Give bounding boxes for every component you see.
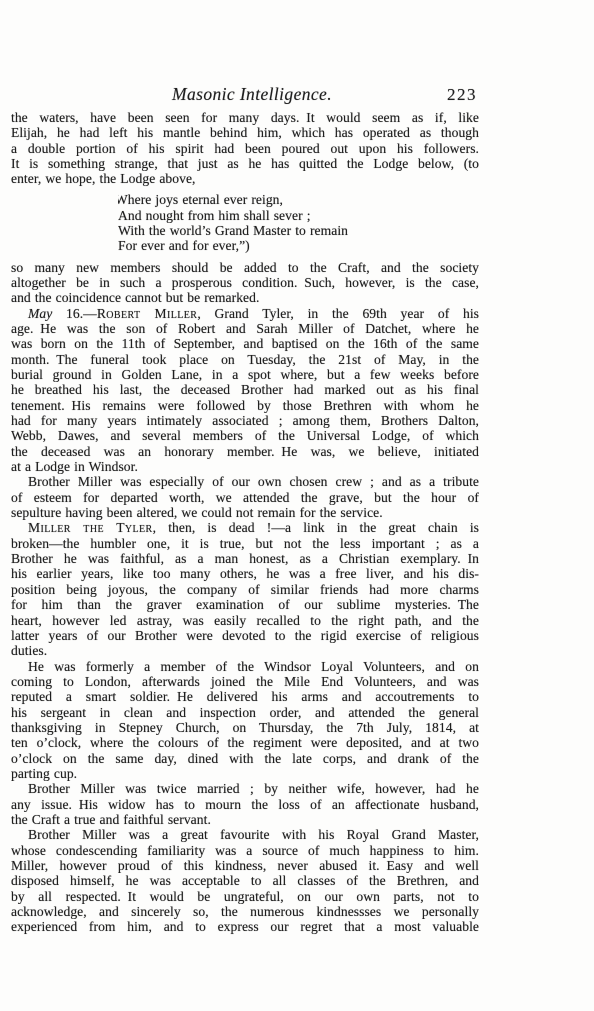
text-line: Webb, Dawes, and several members of the … <box>11 428 479 443</box>
paragraph: May 16.—Robert Miller, Grand Tyler, in t… <box>11 306 479 475</box>
text-line: ten o’clock, where the colours of the re… <box>11 735 479 750</box>
text-line: May 16.—Robert Miller, Grand Tyler, in t… <box>11 306 479 321</box>
text-line: month. The funeral took place on Tuesday… <box>11 352 479 367</box>
text-line: any issue. His widow has to mourn the lo… <box>11 797 479 812</box>
text-line: heart, however led astray, was easily re… <box>11 613 479 628</box>
text-line: Brother he was faithful, as a man honest… <box>11 551 479 566</box>
text-line: age. He was the son of Robert and Sarah … <box>11 321 479 336</box>
text-line: the deceased was an honorary member. He … <box>11 444 479 459</box>
text-line: reputed a smart soldier. He delivered hi… <box>11 689 479 704</box>
text-line: he breathed his last, the deceased Broth… <box>11 382 479 397</box>
text-line: at a Lodge in Windsor. <box>11 459 479 474</box>
text-line: whose condescending familiarity was a so… <box>11 843 479 858</box>
text-line: For ever and for ever,”) <box>118 238 479 253</box>
text-line: Brother Miller was a great favourite wit… <box>11 827 479 842</box>
running-header: Masonic Intelligence. 223 <box>11 84 479 106</box>
text-line: the Craft a true and faithful servant. <box>11 812 479 827</box>
text-line: altogether be in such a prosperous condi… <box>11 275 479 290</box>
page-number: 223 <box>447 85 477 105</box>
paragraph: so many new members should be added to t… <box>11 260 479 306</box>
running-header-title: Masonic Intelligence. <box>11 84 479 105</box>
text-line: Miller the Tyler, then, is dead !—a link… <box>11 520 479 535</box>
text-line: coming to London, afterwards joined the … <box>11 674 479 689</box>
paragraph: the waters, have been seen for many days… <box>11 110 479 187</box>
text-line: parting cup. <box>11 766 479 781</box>
text-line: He was formerly a member of the Windsor … <box>11 659 479 674</box>
text-line: disposed himself, he was acceptable to a… <box>11 873 479 888</box>
text-line: tenement. His remains were followed by t… <box>11 398 479 413</box>
text-line: “ Where joys eternal ever reign, <box>118 192 479 207</box>
text-line: was born on the 11th of September, and b… <box>11 336 479 351</box>
paragraph: Miller the Tyler, then, is dead !—a link… <box>11 520 479 658</box>
text-line: had for many years intimately associated… <box>11 413 479 428</box>
text-line: his sergeant in clean and inspection ord… <box>11 705 479 720</box>
scanned-page: Masonic Intelligence. 223 the waters, ha… <box>0 0 594 1011</box>
paragraph: He was formerly a member of the Windsor … <box>11 659 479 782</box>
page-body: the waters, have been seen for many days… <box>11 110 479 935</box>
text-line: Brother Miller was twice married ; by ne… <box>11 781 479 796</box>
text-line: Miller, however proud of this kindness, … <box>11 858 479 873</box>
text-line: for him than the graver examination of o… <box>11 597 479 612</box>
text-line: and the coincidence cannot but be remark… <box>11 290 479 305</box>
paragraph: Brother Miller was a great favourite wit… <box>11 827 479 934</box>
verse-quote: “ Where joys eternal ever reign,And noug… <box>11 192 479 253</box>
text-line: latter years of our Brother were devoted… <box>11 628 479 643</box>
text-line: With the world’s Grand Master to remain <box>118 223 479 238</box>
text-line: duties. <box>11 643 479 658</box>
text-line: Elijah, he had left his mantle behind hi… <box>11 125 479 140</box>
text-line: Brother Miller was especially of our own… <box>11 474 479 489</box>
text-line: position being joyous, the company of si… <box>11 582 479 597</box>
text-line: so many new members should be added to t… <box>11 260 479 275</box>
text-line: burial ground in Golden Lane, in a spot … <box>11 367 479 382</box>
text-line: of esteem for departed worth, we attende… <box>11 490 479 505</box>
text-line: thanksgiving in Stepney Church, on Thurs… <box>11 720 479 735</box>
text-line: by all respected. It would be ungrateful… <box>11 889 479 904</box>
paragraph: Brother Miller was especially of our own… <box>11 474 479 520</box>
text-line: It is something strange, that just as he… <box>11 156 479 171</box>
text-line: And nought from him shall sever ; <box>118 208 479 223</box>
paragraph: Brother Miller was twice married ; by ne… <box>11 781 479 827</box>
text-line: experienced from him, and to express our… <box>11 919 479 934</box>
text-line: a double portion of his spirit had been … <box>11 141 479 156</box>
text-line: the waters, have been seen for many days… <box>11 110 479 125</box>
text-line: broken—the humbler one, it is true, but … <box>11 536 479 551</box>
text-line: his earlier years, like too many others,… <box>11 566 479 581</box>
text-line: acknowledge, and sincerely so, the numer… <box>11 904 479 919</box>
text-line: o’clock on the same day, dined with the … <box>11 751 479 766</box>
text-line: sepulture having been altered, we could … <box>11 505 479 520</box>
text-line: enter, we hope, the Lodge above, <box>11 171 479 186</box>
